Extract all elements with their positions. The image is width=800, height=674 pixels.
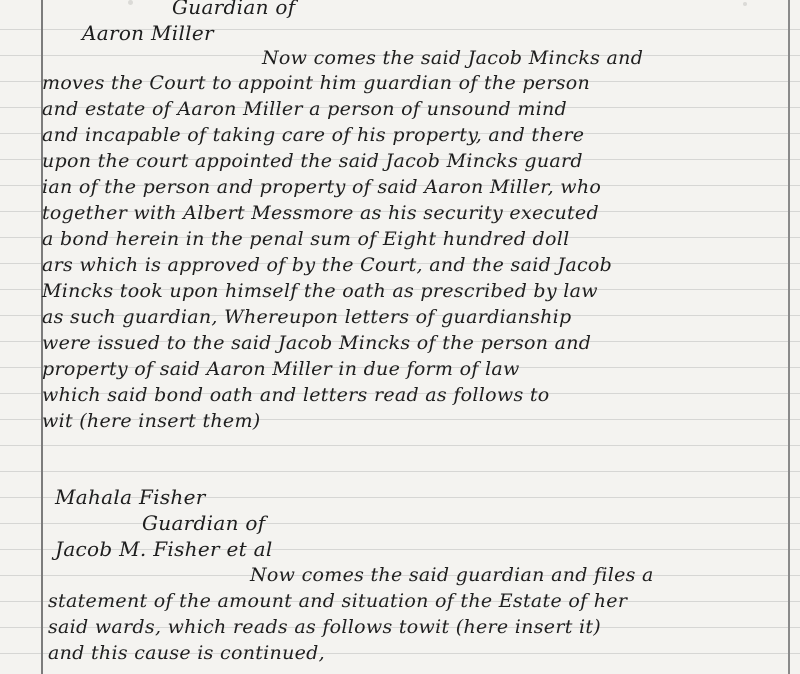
entry-1-caption-line-2: Aaron Miller <box>82 22 214 44</box>
entry-1-body-line: were issued to the said Jacob Mincks of … <box>42 332 591 354</box>
entry-1-body-line: together with Albert Messmore as his sec… <box>42 202 599 224</box>
entry-1-body-line: and incapable of taking care of his prop… <box>42 124 584 146</box>
ink-spot <box>743 2 747 6</box>
entry-1-body-line: property of said Aaron Miller in due for… <box>42 358 520 380</box>
entry-2-caption-line-3: Jacob M. Fisher et al <box>55 538 273 560</box>
entry-2-body-line: and this cause is continued, <box>48 642 325 664</box>
entry-1-body-line: Mincks took upon himself the oath as pre… <box>42 280 598 302</box>
right-margin-rule <box>788 0 790 674</box>
ledger-page: Guardian of Aaron Miller Now comes the s… <box>0 0 800 674</box>
entry-1-body-line: Now comes the said Jacob Mincks and <box>262 47 643 69</box>
entry-2-caption-line-1: Mahala Fisher <box>55 486 206 508</box>
entry-1-body-line: as such guardian, Whereupon letters of g… <box>42 306 572 328</box>
entry-1-body-line: wit (here insert them) <box>42 410 261 432</box>
entry-1-body-line: moves the Court to appoint him guardian … <box>42 72 590 94</box>
entry-1-body-line: which said bond oath and letters read as… <box>42 384 550 406</box>
entry-1-body-line: upon the court appointed the said Jacob … <box>42 150 583 172</box>
entry-1-body-line: ian of the person and property of said A… <box>42 176 601 198</box>
entry-2-caption-line-2: Guardian of <box>142 512 265 534</box>
entry-1-caption-line-1: Guardian of <box>172 0 295 18</box>
entry-1-body-line: ars which is approved of by the Court, a… <box>42 254 612 276</box>
entry-2-body-line: statement of the amount and situation of… <box>48 590 627 612</box>
entry-1-body-line: and estate of Aaron Miller a person of u… <box>42 98 567 120</box>
entry-2-body-line: Now comes the said guardian and files a <box>250 564 654 586</box>
entry-1-body-line: a bond herein in the penal sum of Eight … <box>42 228 570 250</box>
entry-2-body-line: said wards, which reads as follows towit… <box>48 616 601 638</box>
ink-spot <box>128 0 133 5</box>
